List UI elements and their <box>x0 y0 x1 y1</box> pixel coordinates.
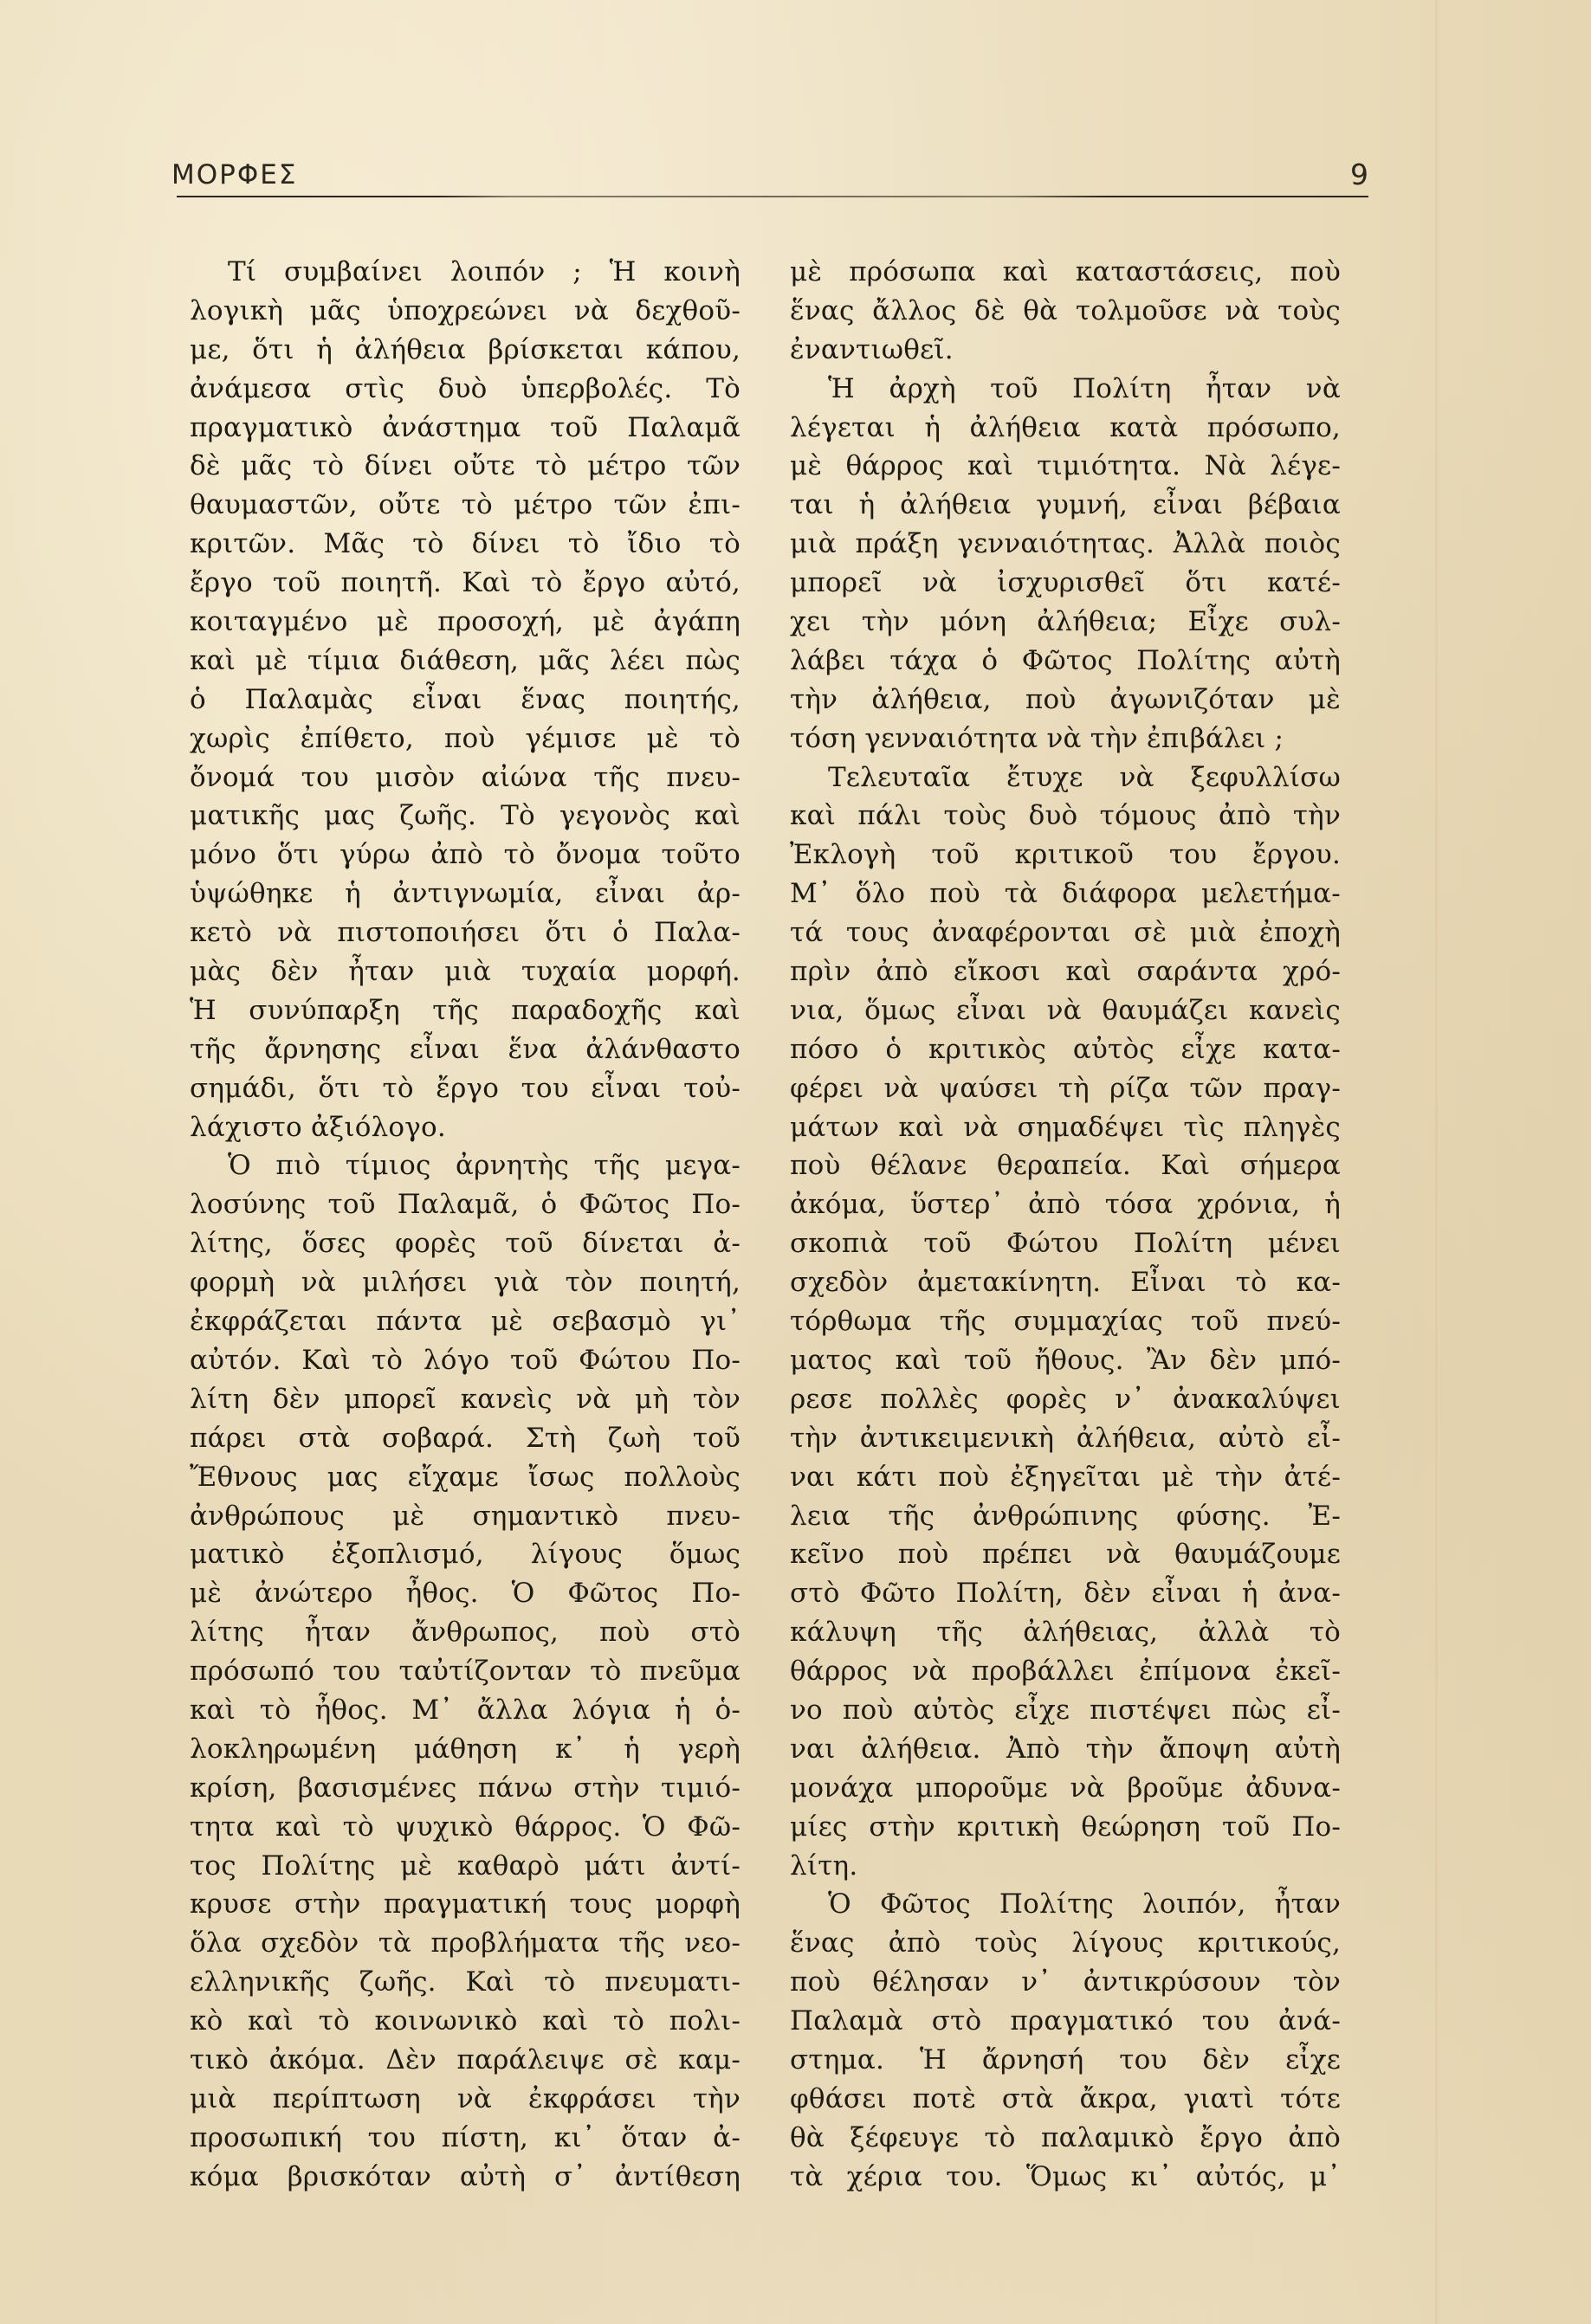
text-line: τὴν ἀντικειμενικὴ ἀλήθεια, αὐτὸ εἶ- <box>790 1419 1341 1458</box>
text-line: καὶ τὸ ἦθος. Μ᾽ ἄλλα λόγια ἡ ὁ- <box>190 1691 741 1730</box>
text-line: πρόσωπό του ταὐτίζονταν τὸ πνεῦμα <box>190 1652 741 1691</box>
text-line: μπορεῖ νὰ ἰσχυρισθεῖ ὅτι κατέ- <box>790 564 1341 603</box>
text-line: λεια τῆς ἀνθρώπινης φύσης. Ἐ- <box>790 1497 1341 1536</box>
text-line: ἐναντιωθεῖ. <box>790 331 1341 370</box>
text-line: ματικῆς μας ζωῆς. Τὸ γεγονὸς καὶ <box>190 797 741 836</box>
text-line: χωρὶς ἐπίθετο, ποὺ γέμισε μὲ τὸ <box>190 720 741 759</box>
text-line: ποὺ θέλησαν ν᾽ ἀντικρύσουν τὸν <box>790 1963 1341 2002</box>
text-line: ἕνας ἀπὸ τοὺς λίγους κριτικούς, <box>790 1924 1341 1963</box>
text-line: χει τὴν μόνη ἀλήθεια; Εἶχε συλ- <box>790 603 1341 642</box>
text-line: Ἐκλογὴ τοῦ κριτικοῦ του ἔργου. <box>790 836 1341 875</box>
text-line: λίτη δὲν μπορεῖ κανεὶς νὰ μὴ τὸν <box>190 1380 741 1419</box>
text-line: ὑψώθηκε ἡ ἀντιγνωμία, εἶναι ἀρ- <box>190 875 741 913</box>
text-line: Ὁ Φῶτος Πολίτης λοιπόν, ἦταν <box>790 1885 1341 1924</box>
text-line: κάλυψη τῆς ἀλήθειας, ἀλλὰ τὸ <box>790 1613 1341 1652</box>
text-line: λοσύνης τοῦ Παλαμᾶ, ὁ Φῶτος Πο- <box>190 1185 741 1224</box>
text-line: μὲ πρόσωπα καὶ καταστάσεις, ποὺ <box>790 253 1341 292</box>
text-line: καὶ μὲ τίμια διάθεση, μᾶς λέει πὼς <box>190 642 741 681</box>
text-line: στὸ Φῶτο Πολίτη, δὲν εἶναι ἡ ἀνα- <box>790 1574 1341 1613</box>
text-line: πόσο ὁ κριτικὸς αὐτὸς εἶχε κατα- <box>790 1030 1341 1069</box>
text-line: λίτη. <box>790 1847 1341 1886</box>
text-line: λοκληρωμένη μάθηση κ᾽ ἡ γερὴ <box>190 1730 741 1769</box>
text-line: ἔργο τοῦ ποιητῆ. Καὶ τὸ ἔργο αὐτό, <box>190 564 741 603</box>
text-line: μόνο ὅτι γύρω ἀπὸ τὸ ὄνομα τοῦτο <box>190 836 741 875</box>
text-line: ναι κάτι ποὺ ἐξηγεῖται μὲ τὴν ἀτέ- <box>790 1458 1341 1497</box>
text-line: ποὺ θέλανε θεραπεία. Καὶ σήμερα <box>790 1146 1341 1185</box>
text-line: λέγεται ἡ ἀλήθεια κατὰ πρόσωπο, <box>790 409 1341 448</box>
text-line: ματικὸ ἐξοπλισμό, λίγους ὅμως <box>190 1535 741 1574</box>
text-line: κόμα βρισκόταν αὐτὴ σ᾽ ἀντίθεση <box>190 2158 741 2197</box>
text-line: ὅλα σχεδὸν τὰ προβλήματα τῆς νεο- <box>190 1924 741 1963</box>
text-line: Παλαμὰ στὸ πραγματικό του ἀνά- <box>790 2002 1341 2041</box>
text-column-right: μὲ πρόσωπα καὶ καταστάσεις, ποὺἕνας ἄλλο… <box>790 253 1341 2197</box>
text-line: ρεσε πολλὲς φορὲς ν᾽ ἀνακαλύψει <box>790 1380 1341 1419</box>
text-line: θαυμαστῶν, οὔτε τὸ μέτρο τῶν ἐπι- <box>190 486 741 525</box>
journal-title: ΜΟΡΦΕΣ <box>171 159 297 190</box>
text-line: με, ὅτι ἡ ἀλήθεια βρίσκεται κάπου, <box>190 331 741 370</box>
text-line: μιὰ περίπτωση νὰ ἐκφράσει τὴν <box>190 2080 741 2119</box>
text-line: λάχιστο ἀξιόλογο. <box>190 1108 741 1147</box>
text-line: σημάδι, ὅτι τὸ ἔργο του εἶναι τοὐ- <box>190 1069 741 1108</box>
text-line: στημα. Ἡ ἄρνησή του δὲν εἶχε <box>790 2041 1341 2080</box>
text-line: ὁ Παλαμὰς εἶναι ἕνας ποιητής, <box>190 681 741 720</box>
text-line: μάτων καὶ νὰ σημαδέψει τὶς πληγὲς <box>790 1108 1341 1147</box>
text-line: δὲ μᾶς τὸ δίνει οὔτε τὸ μέτρο τῶν <box>190 447 741 486</box>
text-line: ἕνας ἄλλος δὲ θὰ τολμοῦσε νὰ τοὺς <box>790 292 1341 331</box>
text-line: ται ἡ ἀλήθεια γυμνή, εἶναι βέβαια <box>790 486 1341 525</box>
text-line: τόση γενναιότητα νὰ τὴν ἐπιβάλει ; <box>790 720 1341 759</box>
text-line: ὄνομά του μισὸν αἰώνα τῆς πνευ- <box>190 759 741 797</box>
text-line: ελληνικῆς ζωῆς. Καὶ τὸ πνευματι- <box>190 1963 741 2002</box>
text-line: τος Πολίτης μὲ καθαρὸ μάτι ἀντί- <box>190 1847 741 1886</box>
text-line: νο ποὺ αὐτὸς εἶχε πιστέψει πὼς εἶ- <box>790 1691 1341 1730</box>
text-column-left: Τί συμβαίνει λοιπόν ; Ἡ κοινὴλογικὴ μᾶς … <box>190 253 741 2197</box>
text-line: νια, ὅμως εἶναι νὰ θαυμάζει κανεὶς <box>790 991 1341 1030</box>
text-line: λίτης, ὅσες φορὲς τοῦ δίνεται ἀ- <box>190 1224 741 1263</box>
text-line: ἐκφράζεται πάντα μὲ σεβασμὸ γι᾽ <box>190 1302 741 1341</box>
text-line: τικὸ ἀκόμα. Δὲν παράλειψε σὲ καμ- <box>190 2041 741 2080</box>
text-line: Μ᾽ ὅλο ποὺ τὰ διάφορα μελετήμα- <box>790 875 1341 913</box>
text-line: κετὸ νὰ πιστοποιήσει ὅτι ὁ Παλα- <box>190 913 741 952</box>
text-line: πρὶν ἀπὸ εἴκοσι καὶ σαράντα χρό- <box>790 952 1341 991</box>
text-line: τὴν ἀλήθεια, ποὺ ἀγωνιζόταν μὲ <box>790 681 1341 720</box>
page-number: 9 <box>1350 158 1368 191</box>
text-line: θάρρος νὰ προβάλλει ἐπίμονα ἐκεῖ- <box>790 1652 1341 1691</box>
text-line: κεῖνο ποὺ πρέπει νὰ θαυμάζουμε <box>790 1535 1341 1574</box>
text-line: ναι ἀλήθεια. Ἀπὸ τὴν ἄποψη αὐτὴ <box>790 1730 1341 1769</box>
running-head: ΜΟΡΦΕΣ 9 <box>171 156 1368 201</box>
text-line: κοιταγμένο μὲ προσοχή, μὲ ἀγάπη <box>190 603 741 642</box>
text-line: σκοπιὰ τοῦ Φώτου Πολίτη μένει <box>790 1224 1341 1263</box>
text-line: αὐτόν. Καὶ τὸ λόγο τοῦ Φώτου Πο- <box>190 1341 741 1380</box>
text-line: προσωπική του πίστη, κι᾽ ὅταν ἀ- <box>190 2119 741 2158</box>
text-line: ματος καὶ τοῦ ἤθους. Ἂν δὲν μπό- <box>790 1341 1341 1380</box>
text-line: Ἔθνους μας εἴχαμε ἴσως πολλοὺς <box>190 1458 741 1497</box>
text-line: Ἡ ἀρχὴ τοῦ Πολίτη ἦταν νὰ <box>790 370 1341 409</box>
paper-crease <box>1435 0 1438 2324</box>
text-line: τῆς ἄρνησης εἶναι ἕνα ἀλάνθαστο <box>190 1030 741 1069</box>
text-line: καὶ πάλι τοὺς δυὸ τόμους ἀπὸ τὴν <box>790 797 1341 836</box>
text-line: κριτῶν. Μᾶς τὸ δίνει τὸ ἴδιο τὸ <box>190 525 741 564</box>
text-line: φορμὴ νὰ μιλήσει γιὰ τὸν ποιητή, <box>190 1263 741 1302</box>
text-line: κρίση, βασισμένες πάνω στὴν τιμιό- <box>190 1769 741 1808</box>
text-line: τὰ χέρια του. Ὅμως κι᾽ αὐτός, μ᾽ <box>790 2158 1341 2197</box>
text-line: σχεδὸν ἀμετακίνητη. Εἶναι τὸ κα- <box>790 1263 1341 1302</box>
text-line: μὰς δὲν ἦταν μιὰ τυχαία μορφή. <box>190 952 741 991</box>
text-line: τά τους ἀναφέρονται σὲ μιὰ ἐποχὴ <box>790 913 1341 952</box>
text-line: τόρθωμα τῆς συμμαχίας τοῦ πνεύ- <box>790 1302 1341 1341</box>
text-line: ἀκόμα, ὕστερ᾽ ἀπὸ τόσα χρόνια, ἡ <box>790 1185 1341 1224</box>
text-line: λίτης ἦταν ἄνθρωπος, ποὺ στὸ <box>190 1613 741 1652</box>
text-line: πάρει στὰ σοβαρά. Στὴ ζωὴ τοῦ <box>190 1419 741 1458</box>
text-line: ἀνάμεσα στὶς δυὸ ὑπερβολές. Τὸ <box>190 370 741 409</box>
text-line: φθάσει ποτὲ στὰ ἄκρα, γιατὶ τότε <box>790 2080 1341 2119</box>
text-line: φέρει νὰ ψαύσει τὴ ρίζα τῶν πραγ- <box>790 1069 1341 1108</box>
text-line: μιὰ πράξη γενναιότητας. Ἀλλὰ ποιὸς <box>790 525 1341 564</box>
text-line: ἀνθρώπους μὲ σημαντικὸ πνευ- <box>190 1497 741 1536</box>
text-line: μίες στὴν κριτικὴ θεώρηση τοῦ Πο- <box>790 1808 1341 1847</box>
text-line: Ὁ πιὸ τίμιος ἀρνητὴς τῆς μεγα- <box>190 1146 741 1185</box>
text-line: λογικὴ μᾶς ὑποχρεώνει νὰ δεχθοῦ- <box>190 292 741 331</box>
text-line: Ἡ συνύπαρξη τῆς παραδοχῆς καὶ <box>190 991 741 1030</box>
header-rule <box>177 196 1368 197</box>
text-line: Τελευταῖα ἔτυχε νὰ ξεφυλλίσω <box>790 759 1341 797</box>
text-line: Τί συμβαίνει λοιπόν ; Ἡ κοινὴ <box>190 253 741 292</box>
text-line: θὰ ξέφευγε τὸ παλαμικὸ ἔργο ἀπὸ <box>790 2119 1341 2158</box>
text-line: μονάχα μποροῦμε νὰ βροῦμε ἀδυνα- <box>790 1769 1341 1808</box>
text-line: μὲ θάρρος καὶ τιμιότητα. Νὰ λέγε- <box>790 447 1341 486</box>
text-line: λάβει τάχα ὁ Φῶτος Πολίτης αὐτὴ <box>790 642 1341 681</box>
text-line: κρυσε στὴν πραγματική τους μορφὴ <box>190 1885 741 1924</box>
text-line: κὸ καὶ τὸ κοινωνικὸ καὶ τὸ πολι- <box>190 2002 741 2041</box>
text-line: μὲ ἀνώτερο ἦθος. Ὁ Φῶτος Πο- <box>190 1574 741 1613</box>
text-line: πραγματικὸ ἀνάστημα τοῦ Παλαμᾶ <box>190 409 741 448</box>
text-line: τητα καὶ τὸ ψυχικὸ θάρρος. Ὁ Φῶ- <box>190 1808 741 1847</box>
